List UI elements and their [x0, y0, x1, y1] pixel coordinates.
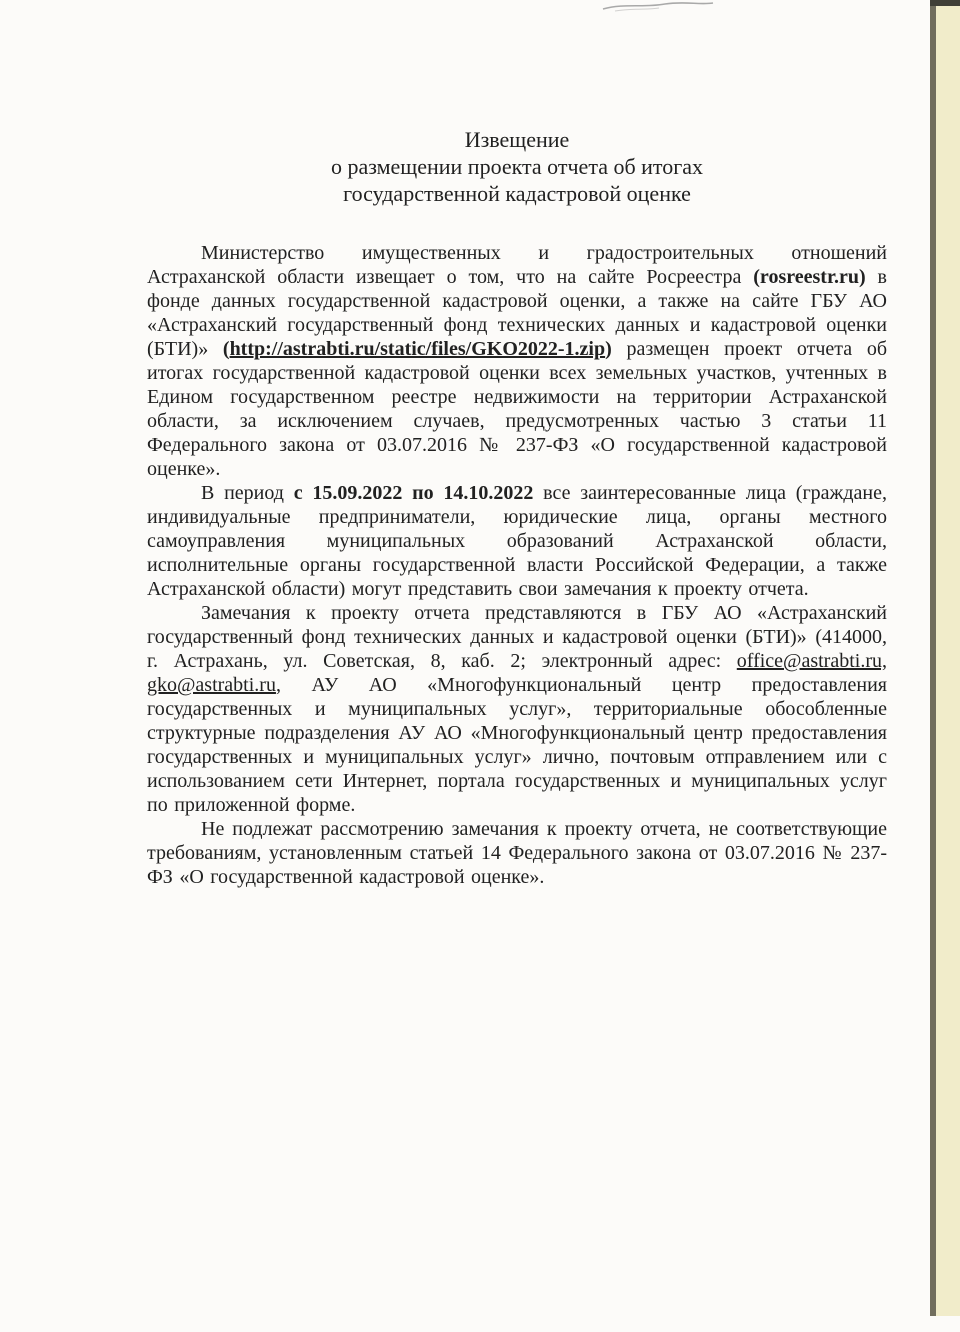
document-content: Извещение о размещении проекта отчета об… — [147, 118, 887, 889]
scan-corner-mark — [930, 0, 960, 6]
scan-smudge-mark — [595, 0, 735, 14]
document-body: Министерство имущественных и градостроит… — [147, 241, 887, 889]
scanned-document-page: Извещение о размещении проекта отчета об… — [0, 0, 960, 1332]
paragraph-submission-address: Замечания к проекту отчета представляютс… — [147, 601, 887, 817]
scan-edge-band — [936, 4, 960, 1316]
document-title-line-3: государственной кадастровой оценке — [147, 180, 887, 207]
paragraph-rejection-terms: Не подлежат рассмотрению замечания к про… — [147, 817, 887, 889]
document-title-line-2: о размещении проекта отчета об итогах — [147, 153, 887, 180]
paragraph-placement-notice: Министерство имущественных и градостроит… — [147, 241, 887, 481]
document-title: Извещение о размещении проекта отчета об… — [147, 118, 887, 207]
paragraph-review-period: В период с 15.09.2022 по 14.10.2022 все … — [147, 481, 887, 601]
document-title-line-1: Извещение — [147, 126, 887, 153]
